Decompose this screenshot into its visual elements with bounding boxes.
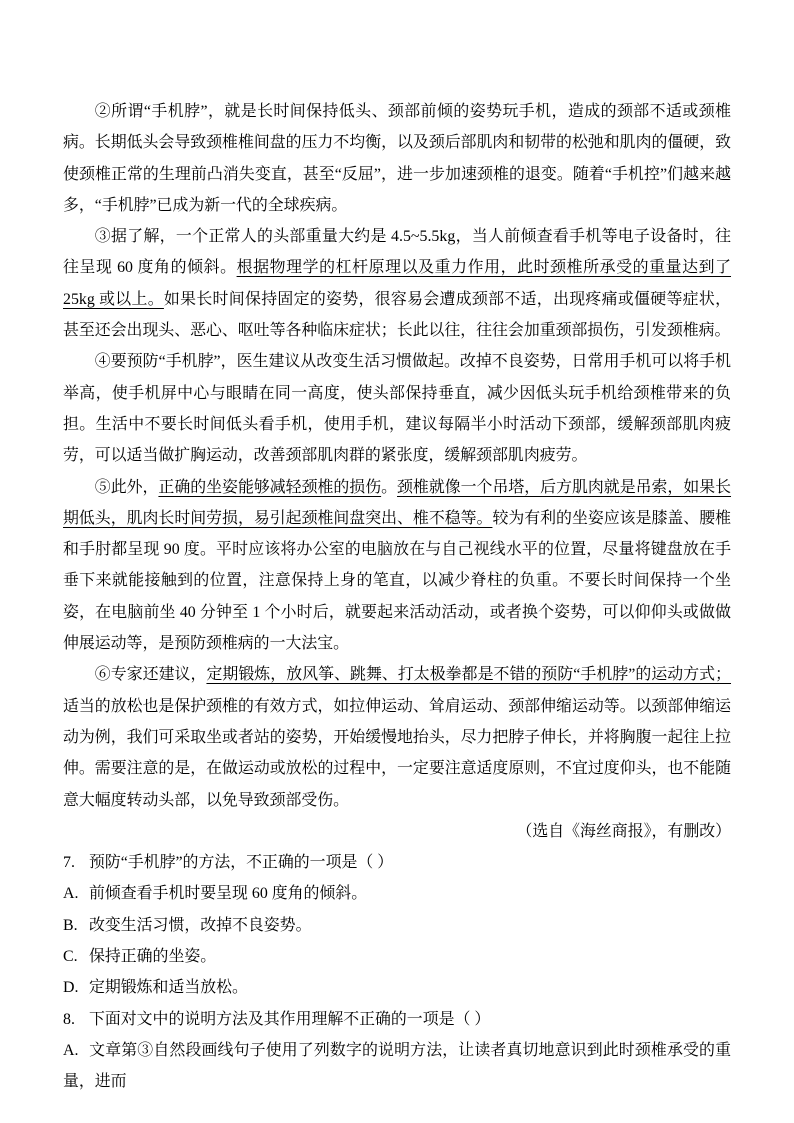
question-7-option-d: D.定期锻炼和适当放松。 [63,972,731,1003]
question-7-option-b-label: B. [63,910,89,941]
question-8-text: 下面对文中的说明方法及其作用理解不正确的一项是（ ） [89,1011,490,1028]
question-8-option-a-label: A. [63,1035,89,1066]
question-7-option-b-text: 改变生活习惯，改掉不良姿势。 [89,917,311,934]
question-7-option-c: C.保持正确的坐姿。 [63,941,731,972]
question-7-option-a-text: 前倾查看手机时要呈现 60 度角的倾斜。 [89,885,367,902]
question-7-option-c-text: 保持正确的坐姿。 [89,948,216,965]
question-7-option-a: A.前倾查看手机时要呈现 60 度角的倾斜。 [63,878,731,909]
question-7-option-a-label: A. [63,878,89,909]
question-8-option-a-text: 文章第③自然段画线句子使用了列数字的说明方法，让读者真切地意识到此时颈椎承受的重… [63,1042,731,1090]
question-7-option-d-label: D. [63,972,89,1003]
question-7-stem: 7.预防“手机脖”的方法，不正确的一项是（ ） [63,847,731,878]
paragraph-6-text-cont: 适当的放松也是保护颈椎的有效方式，如拉伸运动、耸肩运动、颈部伸缩运动等。以颈部伸… [63,698,731,809]
paragraph-3: ③据了解，一个正常人的头部重量大约是 4.5~5.5kg，当人前倾查看手机等电子… [63,221,731,346]
question-7-option-b: B.改变生活习惯，改掉不良姿势。 [63,910,731,941]
paragraph-5: ⑤此外，正确的坐姿能够减轻颈椎的损伤。颈椎就像一个吊塔，后方肌肉就是吊索，如果长… [63,472,731,660]
paragraph-3-text-cont: 如果长时间保持固定的姿势，很容易会遭成颈部不适，出现疼痛或僵硬等症状，甚至还会出… [63,291,731,339]
underlined-sentence-exercise: 定期锻炼，放风筝、跳舞、打太极拳都是不错的预防“手机脖”的运动方式； [206,666,731,683]
question-7-number: 7. [63,847,89,878]
question-8-stem: 8.下面对文中的说明方法及其作用理解不正确的一项是（ ） [63,1004,731,1035]
question-7-option-c-label: C. [63,941,89,972]
paragraph-4: ④要预防“手机脖”，医生建议从改变生活习惯做起。改掉不良姿势，日常用手机可以将手… [63,346,731,471]
paragraph-6-text: ⑥专家还建议， [95,666,207,683]
paragraph-5-punct: 。 [381,479,397,496]
paragraph-6: ⑥专家还建议，定期锻炼，放风筝、跳舞、打太极拳都是不错的预防“手机脖”的运动方式… [63,659,731,815]
paragraph-5-text-cont: 较为有利的坐姿应该是膝盖、腰椎和手肘都呈现 90 度。平时应该将办公室的电脑放在… [63,510,731,652]
question-8-number: 8. [63,1004,89,1035]
question-7-text: 预防“手机脖”的方法，不正确的一项是（ ） [89,854,393,871]
paragraph-5-text: ⑤此外， [95,479,159,496]
document-page: ②所谓“手机脖”，就是长时间保持低头、颈部前倾的姿势玩手机，造成的颈部不适或颈椎… [0,0,794,1123]
question-8-option-a: A.文章第③自然段画线句子使用了列数字的说明方法，让读者真切地意识到此时颈椎承受… [63,1035,731,1098]
source-attribution: （选自《海丝商报》，有删改） [63,816,731,847]
document-content: ②所谓“手机脖”，就是长时间保持低头、颈部前倾的姿势玩手机，造成的颈部不适或颈椎… [63,96,731,1098]
underlined-sentence-posture: 正确的坐姿能够减轻颈椎的损伤 [158,479,381,496]
paragraph-4-text: ④要预防“手机脖”，医生建议从改变生活习惯做起。改掉不良姿势，日常用手机可以将手… [63,353,731,464]
paragraph-2: ②所谓“手机脖”，就是长时间保持低头、颈部前倾的姿势玩手机，造成的颈部不适或颈椎… [63,96,731,221]
question-7-option-d-text: 定期锻炼和适当放松。 [89,979,248,996]
paragraph-2-text: ②所谓“手机脖”，就是长时间保持低头、颈部前倾的姿势玩手机，造成的颈部不适或颈椎… [63,103,731,214]
